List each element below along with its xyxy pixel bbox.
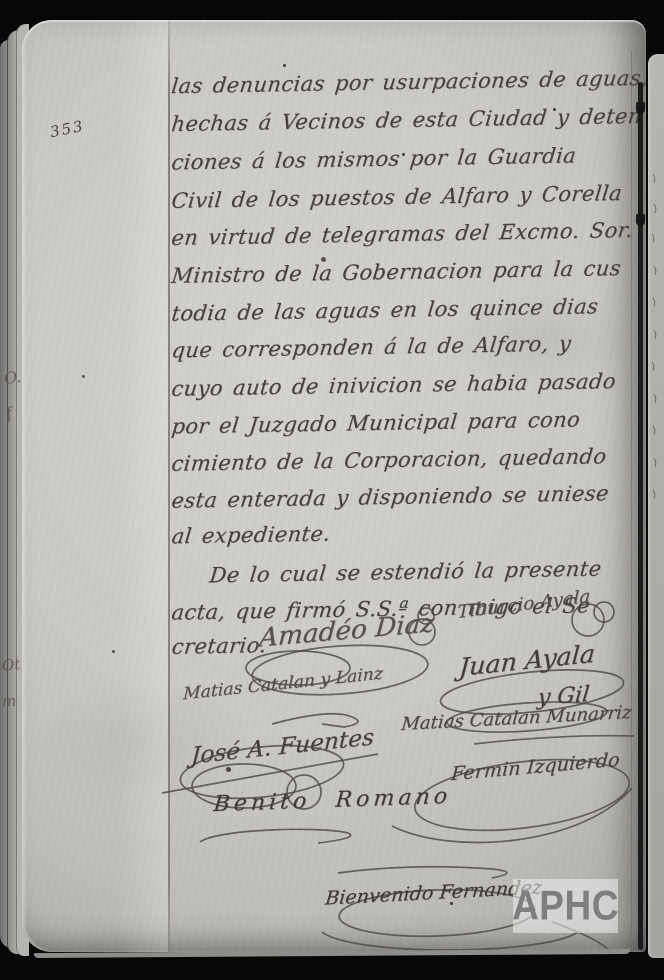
text-line: hechas á Vecinos de esta Ciudad y deten <box>170 104 643 136</box>
text-line: en virtud de telegramas del Excmo. Sor. <box>170 218 634 250</box>
text-line: cimiento de la Corporacion, quedando <box>170 444 607 476</box>
binding-ink-line <box>638 82 643 950</box>
manuscript-page: 353 las denuncias por usurpaciones de ag… <box>22 20 646 952</box>
text-line: Civil de los puestos de Alfaro y Corella <box>170 181 623 213</box>
text-line: las denuncias por usurpaciones de aguas, <box>170 66 649 98</box>
text-line: todia de las aguas en los quince dias <box>170 294 599 325</box>
writing-mark <box>652 174 656 499</box>
text-line: cretario. <box>171 633 268 659</box>
margin-bleed-fragment: m <box>1 692 16 711</box>
next-page-writing-marks <box>648 54 664 958</box>
margin-bleed-fragment: O. <box>3 367 23 388</box>
text-line: Ministro de la Gobernacion para la cus <box>170 256 622 288</box>
margin-bleed-fragment: Ot <box>1 655 21 675</box>
text-line: al expediente. <box>171 522 332 549</box>
text-line: De lo cual se estendió la presente <box>208 557 602 588</box>
text-line: por el Juzgado Municipal para cono <box>170 407 581 438</box>
next-page-sliver <box>648 54 664 958</box>
text-line: que corresponden á la de Alfaro, y <box>170 332 572 363</box>
aphc-watermark: APHC <box>513 879 618 933</box>
text-line: esta enterada y disponiendo se uniese <box>170 481 610 513</box>
text-line: ciones á los mismos por la Guardia <box>170 143 577 174</box>
aphc-watermark-text: APHC <box>512 882 619 929</box>
text-line: cuyo auto de inivicion se habia pasado <box>170 369 617 401</box>
